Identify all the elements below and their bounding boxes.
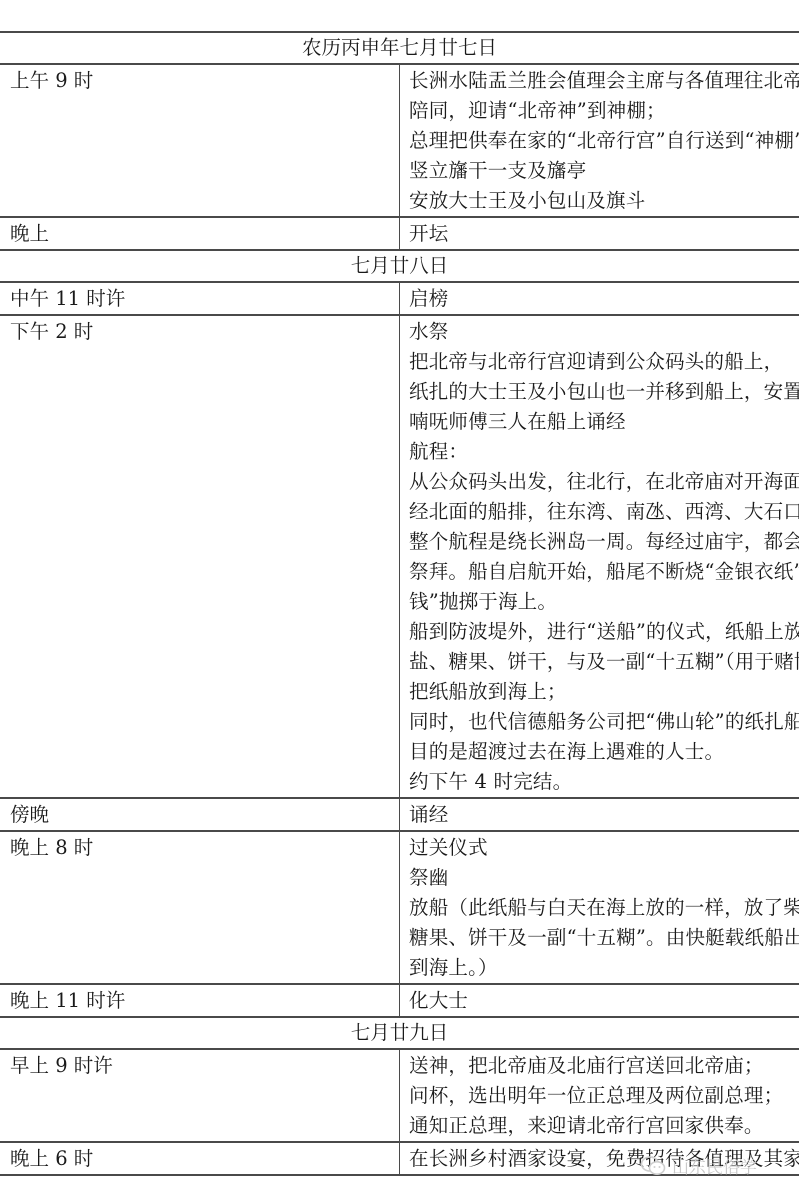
description-line: 同时，也代信德船务公司把“佛山轮”的纸扎船放到海上； (409, 707, 799, 737)
description-line: 过关仪式 (409, 833, 799, 863)
table-row: 傍晚 诵经 (0, 798, 799, 831)
description-line: 盐、糖果、饼干，与及一副“十五糊”（用于赌博的纸牌）， (409, 647, 799, 677)
time-cell: 晚上 (0, 217, 400, 250)
description-line: 到海上。） (409, 953, 799, 983)
table-row: 上午 9 时 长洲水陆盂兰胜会值理会主席与各值理往北帝庙，由一位笛手 陪同，迎请… (0, 64, 799, 217)
description-line: 长洲水陆盂兰胜会值理会主席与各值理往北帝庙，由一位笛手 (409, 66, 799, 96)
description-cell: 启榜 (400, 282, 799, 315)
description-line: 竖立旛干一支及旛亭 (409, 156, 799, 186)
description-line: 问杯，选出明年一位正总理及两位副总理； (409, 1081, 799, 1111)
description-cell: 开坛 (400, 217, 799, 250)
time-cell: 早上 9 时许 (0, 1049, 400, 1142)
time-cell: 晚上 11 时许 (0, 984, 400, 1017)
table-row: 晚上 11 时许 化大士 (0, 984, 799, 1017)
description-line: 纸扎的大士王及小包山也一并移到船上，安置在船头上。 (409, 377, 799, 407)
description-line: 喃呒师傅三人在船上诵经 (409, 407, 799, 437)
description-line: 约下午 4 时完结。 (409, 767, 799, 797)
description-cell: 过关仪式 祭幽 放船（此纸船与白天在海上放的一样，放了柴、米、油、盐、 糖果、饼… (400, 831, 799, 984)
description-line: 启榜 (409, 284, 799, 314)
description-line: 安放大士王及小包山及旗斗 (409, 186, 799, 216)
description-line: 祭拜。船自启航开始，船尾不断烧“金银衣纸”，沿途把“冥 (409, 557, 799, 587)
time-cell: 傍晚 (0, 798, 400, 831)
description-line: 整个航程是绕长洲岛一周。每经过庙宇，都会遥对岸上的庙宇 (409, 527, 799, 557)
time-cell: 晚上 6 时 (0, 1142, 400, 1175)
description-line: 船到防波堤外，进行“送船”的仪式，纸船上放了柴、米、油、 (409, 617, 799, 647)
description-line: 目的是超渡过去在海上遇难的人士。 (409, 737, 799, 767)
table-row: 晚上 8 时 过关仪式 祭幽 放船（此纸船与白天在海上放的一样，放了柴、米、油、… (0, 831, 799, 984)
day-title: 七月廿八日 (0, 250, 799, 282)
description-line: 放船（此纸船与白天在海上放的一样，放了柴、米、油、盐、 (409, 893, 799, 923)
description-line: 通知正总理，来迎请北帝行宫回家供奉。 (409, 1111, 799, 1141)
table-row: 晚上 开坛 (0, 217, 799, 250)
day-title: 七月廿九日 (0, 1017, 799, 1049)
description-line: 把北帝与北帝行宫迎请到公众码头的船上， (409, 347, 799, 377)
description-cell: 水祭 把北帝与北帝行宫迎请到公众码头的船上， 纸扎的大士王及小包山也一并移到船上… (400, 315, 799, 798)
description-cell: 诵经 (400, 798, 799, 831)
description-line: 陪同，迎请“北帝神”到神棚； (409, 96, 799, 126)
day-header-row: 七月廿八日 (0, 250, 799, 282)
description-line: 送神，把北帝庙及北庙行宫送回北帝庙； (409, 1051, 799, 1081)
description-cell: 送神，把北帝庙及北庙行宫送回北帝庙； 问杯，选出明年一位正总理及两位副总理； 通… (400, 1049, 799, 1142)
description-line: 航程： (409, 437, 799, 467)
description-line: 化大士 (409, 986, 799, 1016)
table-row: 中午 11 时许 启榜 (0, 282, 799, 315)
schedule-document: 农历丙申年七月廿七日 上午 9 时 长洲水陆盂兰胜会值理会主席与各值理往北帝庙，… (0, 31, 799, 1176)
description-line: 水祭 (409, 317, 799, 347)
description-cell: 长洲水陆盂兰胜会值理会主席与各值理往北帝庙，由一位笛手 陪同，迎请“北帝神”到神… (400, 64, 799, 217)
table-row: 下午 2 时 水祭 把北帝与北帝行宫迎请到公众码头的船上， 纸扎的大士王及小包山… (0, 315, 799, 798)
watermark: 山东民俗学 (640, 1153, 757, 1178)
description-line: 从公众码头出发，往北行，在北帝庙对开海面，向北帝庙祭拜， (409, 467, 799, 497)
day-header-row: 七月廿九日 (0, 1017, 799, 1049)
ritual-schedule-table: 农历丙申年七月廿七日 上午 9 时 长洲水陆盂兰胜会值理会主席与各值理往北帝庙，… (0, 31, 799, 1176)
watermark-text: 山东民俗学 (672, 1153, 757, 1178)
table-row: 早上 9 时许 送神，把北帝庙及北庙行宫送回北帝庙； 问杯，选出明年一位正总理及… (0, 1049, 799, 1142)
time-cell: 上午 9 时 (0, 64, 400, 217)
description-cell: 化大士 (400, 984, 799, 1017)
time-cell: 中午 11 时许 (0, 282, 400, 315)
description-line: 把纸船放到海上； (409, 677, 799, 707)
time-cell: 下午 2 时 (0, 315, 400, 798)
description-line: 诵经 (409, 800, 799, 830)
description-line: 总理把供奉在家的“北帝行宫”自行送到“神棚”。 (409, 126, 799, 156)
description-line: 糖果、饼干及一副“十五糊”。由快艇载纸船出防波堤外，放 (409, 923, 799, 953)
description-line: 钱”抛掷于海上。 (409, 587, 799, 617)
description-line: 祭幽 (409, 863, 799, 893)
description-line: 开坛 (409, 219, 799, 249)
day-title: 农历丙申年七月廿七日 (0, 32, 799, 64)
description-line: 经北面的船排，往东湾、南氹、西湾、大石口，回到公众码头。 (409, 497, 799, 527)
wechat-icon (640, 1155, 668, 1177)
day-header-row: 农历丙申年七月廿七日 (0, 32, 799, 64)
time-cell: 晚上 8 时 (0, 831, 400, 984)
